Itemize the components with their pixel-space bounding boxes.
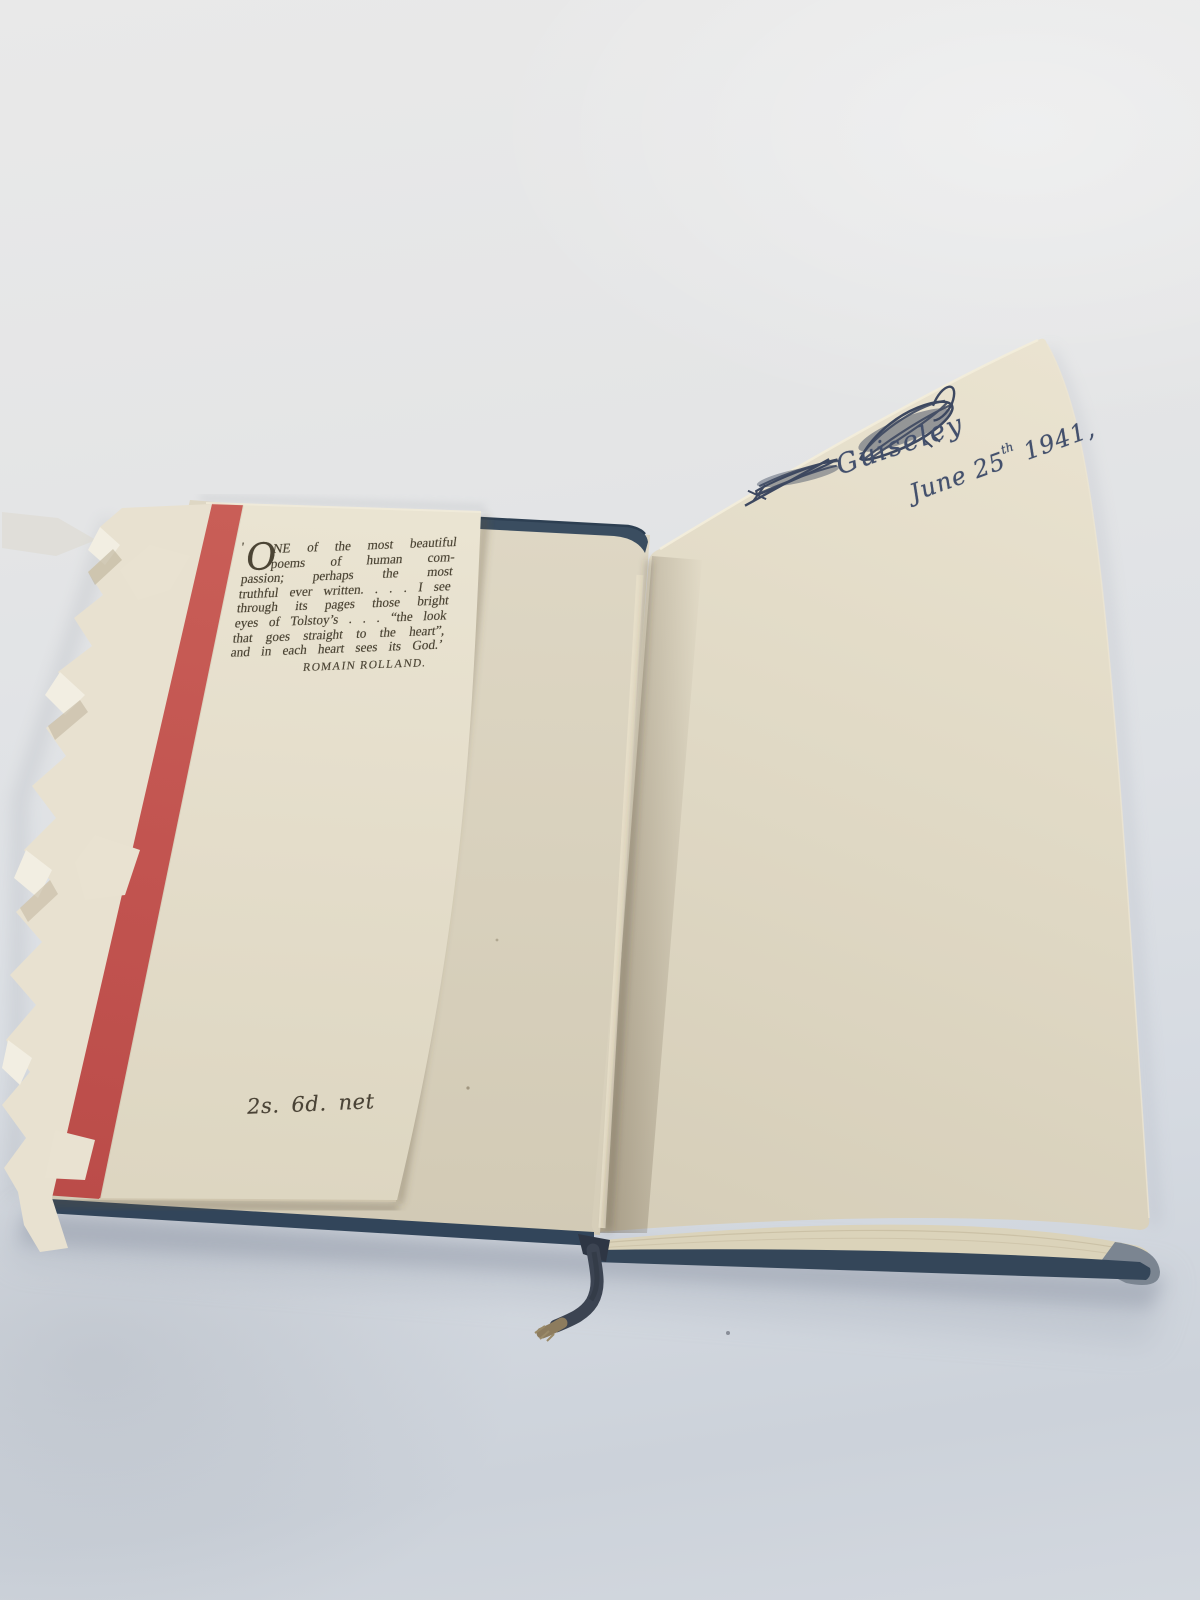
flap-bottom-shadow	[35, 1202, 398, 1208]
right-page	[592, 339, 1149, 1233]
surface-speck	[726, 1331, 730, 1335]
book-photo: ' O NE of the most beautiful poems of hu…	[0, 0, 1200, 1600]
book-illustration	[0, 0, 1200, 1600]
